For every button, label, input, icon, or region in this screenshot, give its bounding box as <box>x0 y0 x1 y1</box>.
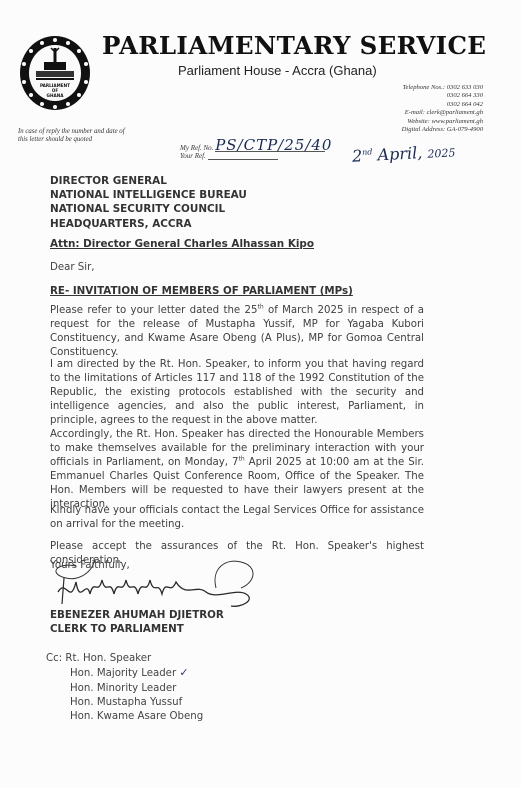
signer-block: EBENEZER AHUMAH DJIETROR CLERK TO PARLIA… <box>50 608 224 636</box>
signer-name: EBENEZER AHUMAH DJIETROR <box>50 608 224 622</box>
checkmark-icon: ✓ <box>179 666 188 679</box>
body-paragraph-4: Kindly have your officials contact the L… <box>50 504 424 532</box>
cc-item: Hon. Minority Leader <box>46 682 203 696</box>
cc-item: Hon. Mustapha Yussuf <box>46 696 203 710</box>
my-ref-row: My Ref. No. PS/CTP/25/40 <box>180 133 325 152</box>
body-paragraph-1: Please refer to your letter dated the 25… <box>50 304 424 360</box>
cc-item: Cc: Rt. Hon. Speaker <box>46 652 203 666</box>
telephone-line-1: Telephone Nos.: 0302 633 030 <box>313 84 483 92</box>
telephone-line-2: 0302 664 330 <box>313 92 483 100</box>
recipient-address: DIRECTOR GENERAL NATIONAL INTELLIGENCE B… <box>50 174 247 231</box>
email-line: E-mail: clerk@parliament.gh <box>313 109 483 117</box>
org-title: PARLIAMENTARY SERVICE <box>102 31 486 60</box>
org-address: Parliament House - Accra (Ghana) <box>178 63 377 78</box>
letter-page: PARLIAMENT OF GHANA PARLIAMENTARY SERVIC… <box>0 0 521 788</box>
svg-text:GHANA: GHANA <box>47 93 65 98</box>
digital-address-line: Digital Address: GA-079-4900 <box>313 126 483 134</box>
signer-title: CLERK TO PARLIAMENT <box>50 622 224 636</box>
subject-line: RE- INVITATION OF MEMBERS OF PARLIAMENT … <box>50 285 353 297</box>
my-ref-label: My Ref. No. <box>180 144 213 152</box>
salutation: Dear Sir, <box>50 262 95 273</box>
attention-line: Attn: Director General Charles Alhassan … <box>50 238 314 250</box>
parliament-seal-icon: PARLIAMENT OF GHANA <box>18 34 92 112</box>
your-ref-label: Your Ref. <box>180 152 206 160</box>
body-paragraph-3: Accordingly, the Rt. Hon. Speaker has di… <box>50 428 424 513</box>
reply-note: In case of reply the number and date of … <box>18 128 128 145</box>
body-paragraph-2: I am directed by the Rt. Hon. Speaker, t… <box>50 358 424 428</box>
cc-list: Cc: Rt. Hon. Speaker Hon. Majority Leade… <box>46 652 203 724</box>
cc-item: Hon. Kwame Asare Obeng <box>46 710 203 724</box>
telephone-line-3: 0302 664 042 <box>313 101 483 109</box>
your-ref-row: Your Ref. <box>180 152 278 160</box>
website-line: Website: www.parliament.gh <box>313 118 483 126</box>
contact-block: Telephone Nos.: 0302 633 030 0302 664 33… <box>313 84 483 134</box>
letter-date: 2nd April, 2025 <box>352 141 456 165</box>
cc-item: Hon. Majority Leader ✓ <box>46 666 203 681</box>
